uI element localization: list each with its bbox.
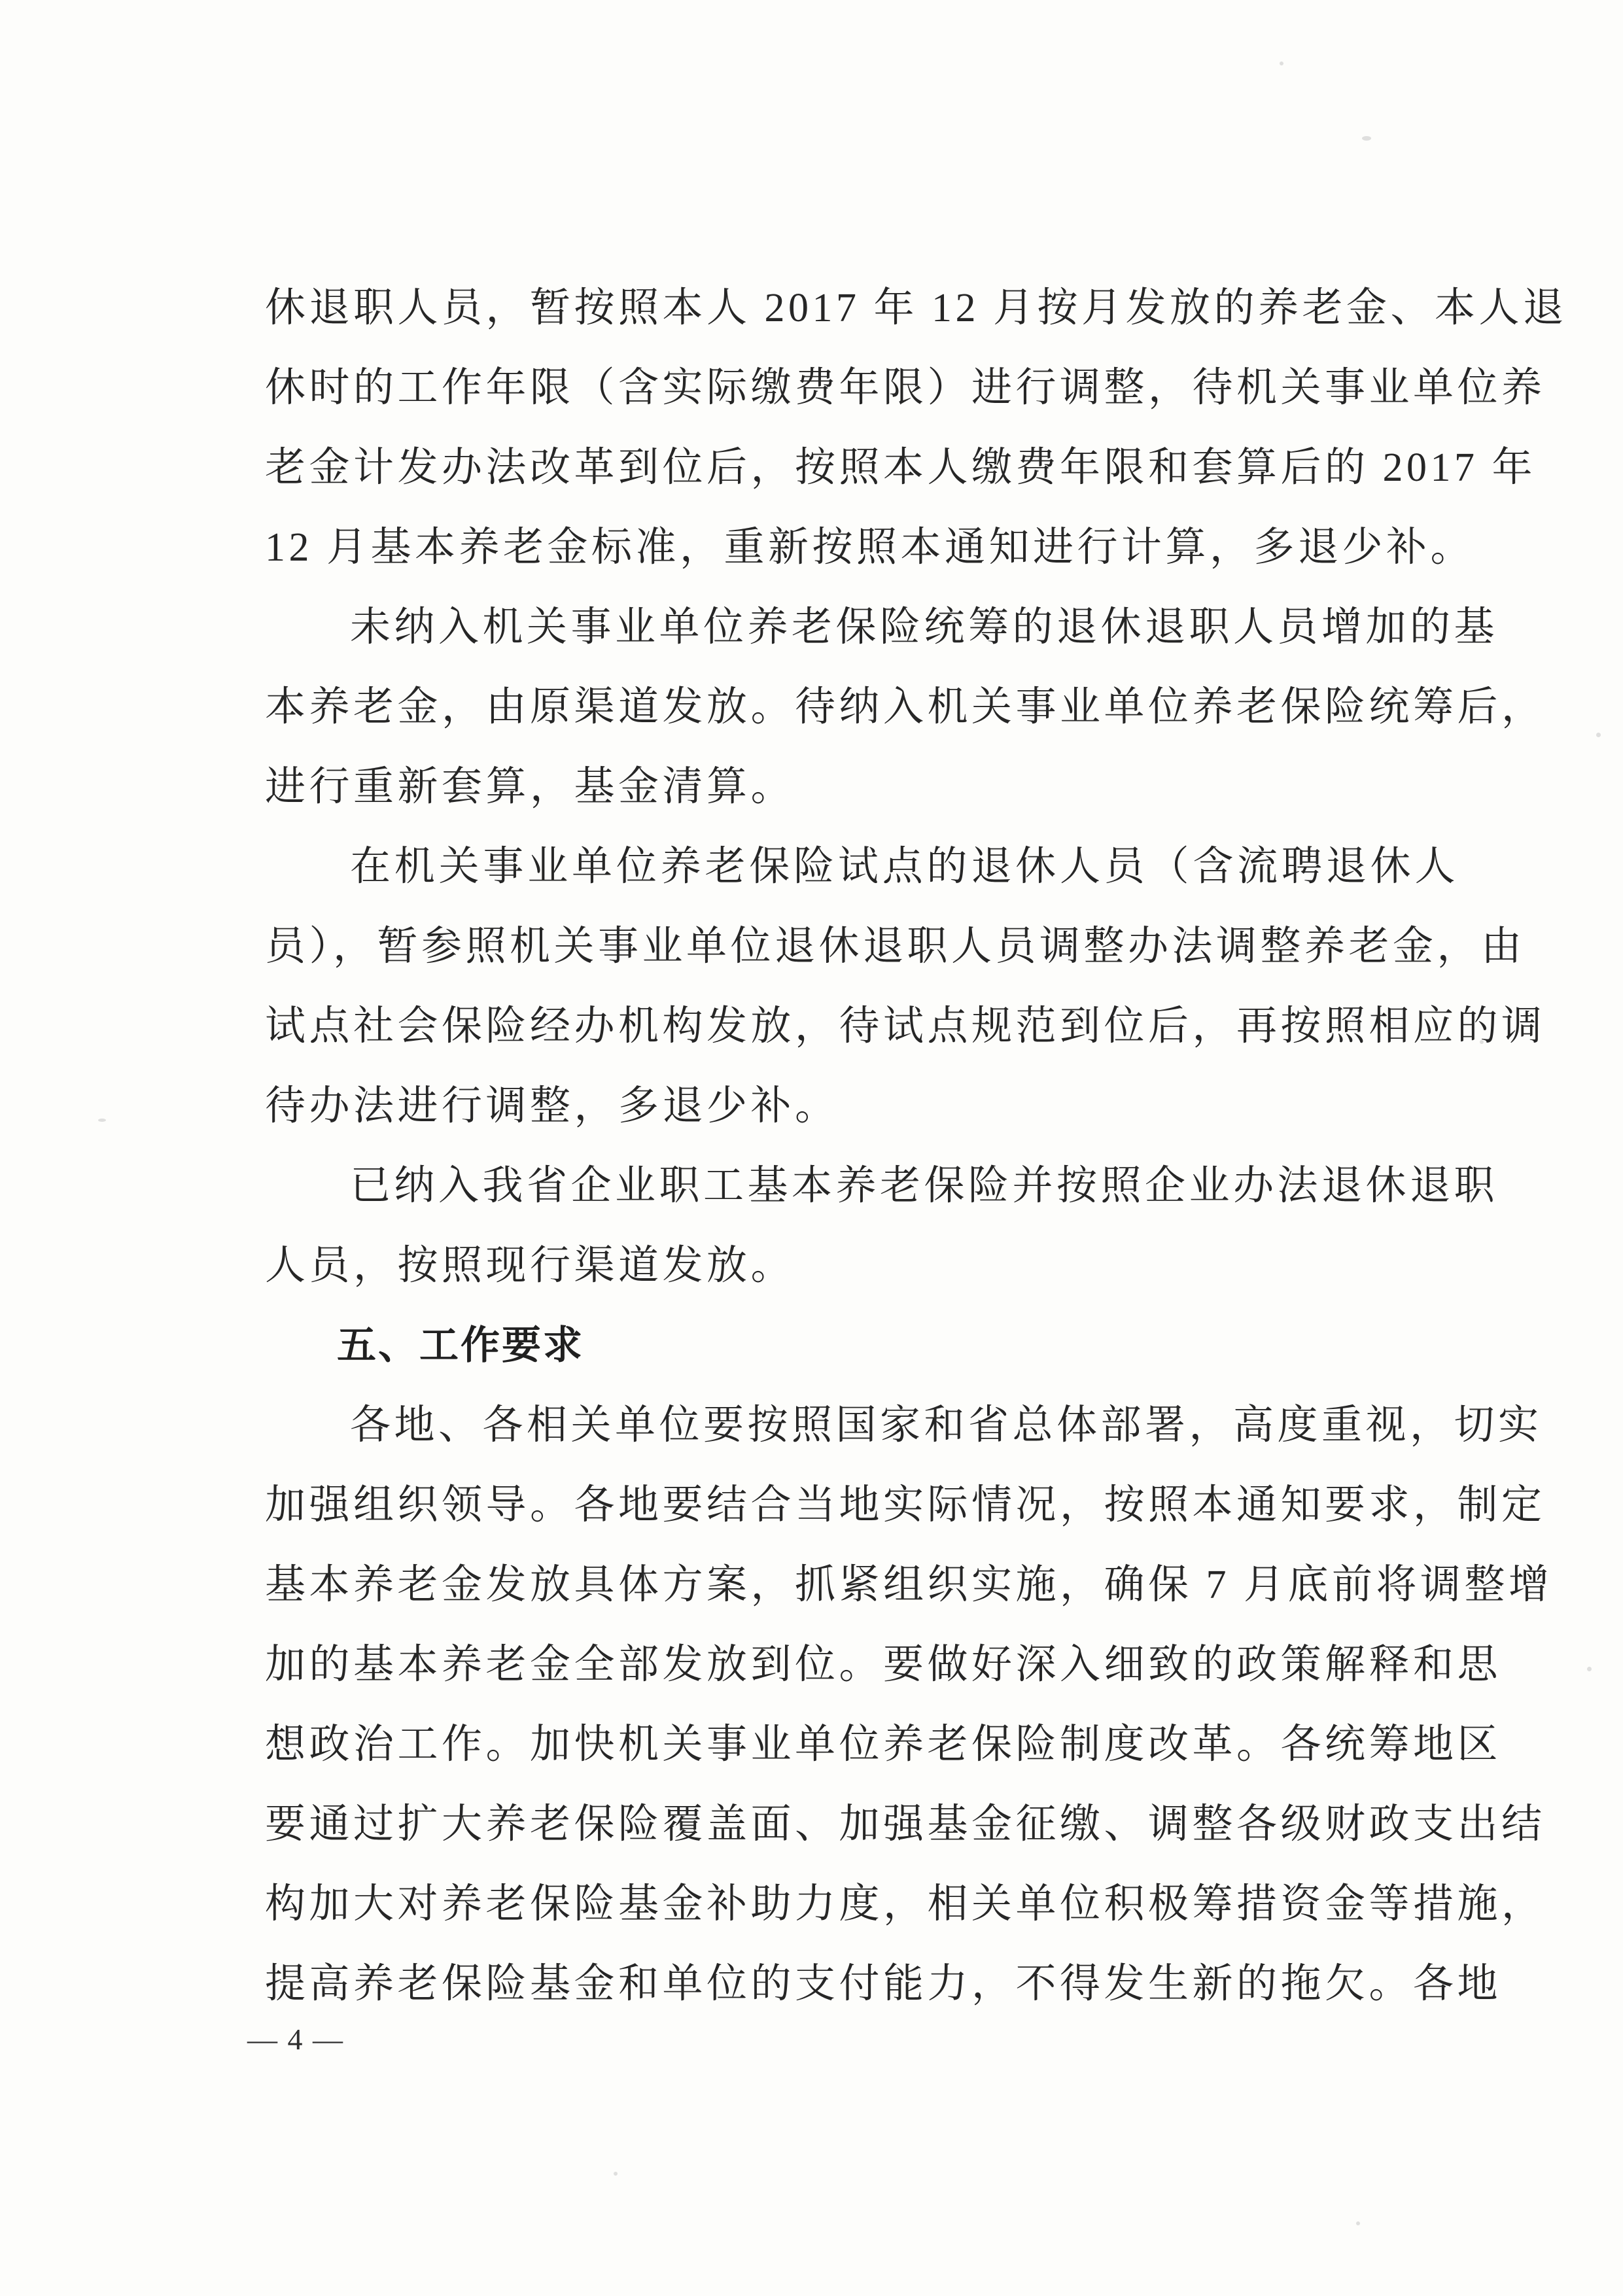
text-line: 人员，按照现行渠道发放。: [265, 1226, 1459, 1306]
text-line: 待办法进行调整，多退少补。: [265, 1066, 1459, 1146]
text-line: 试点社会保险经办机构发放，待试点规范到位后，再按照相应的调: [265, 986, 1459, 1066]
text-line: 12 月基本养老金标准，重新按照本通知进行计算，多退少补。: [265, 508, 1459, 587]
text-line: 员），暂参照机关事业单位退休退职人员调整办法调整养老金，由: [265, 907, 1459, 986]
text-line: 未纳入机关事业单位养老保险统筹的退休退职人员增加的基: [265, 587, 1459, 667]
text-line: 进行重新套算，基金清算。: [265, 747, 1459, 827]
scan-artifact: [614, 2172, 618, 2176]
text-line: 加的基本养老金全部发放到位。要做好深入细致的政策解释和思: [265, 1625, 1459, 1705]
text-line: 本养老金，由原渠道发放。待纳入机关事业单位养老保险统筹后，: [265, 667, 1459, 747]
text-line: 加强组织领导。各地要结合当地实际情况，按照本通知要求，制定: [265, 1465, 1459, 1545]
text-line: 提高养老保险基金和单位的支付能力，不得发生新的拖欠。各地: [265, 1944, 1459, 2024]
text-line: 构加大对养老保险基金补助力度，相关单位积极筹措资金等措施，: [265, 1864, 1459, 1944]
text-line: 已纳入我省企业职工基本养老保险并按照企业办法退休退职: [265, 1146, 1459, 1226]
scan-artifact: [1280, 61, 1283, 65]
page-number: — 4 —: [247, 2025, 344, 2055]
text-line: 要通过扩大养老保险覆盖面、加强基金征缴、调整各级财政支出结: [265, 1784, 1459, 1864]
text-line: 各地、各相关单位要按照国家和省总体部署，高度重视，切实: [265, 1385, 1459, 1465]
scan-artifact: [98, 1119, 106, 1122]
text-line: 想政治工作。加快机关事业单位养老保险制度改革。各统筹地区: [265, 1705, 1459, 1784]
scan-artifact: [1587, 1667, 1592, 1671]
text-line: 休退职人员，暂按照本人 2017 年 12 月按月发放的养老金、本人退: [265, 268, 1459, 348]
text-line: 基本养老金发放具体方案，抓紧组织实施，确保 7 月底前将调整增: [265, 1545, 1459, 1625]
document-body: 休退职人员，暂按照本人 2017 年 12 月按月发放的养老金、本人退休时的工作…: [265, 268, 1459, 2024]
section-heading: 五、工作要求: [265, 1306, 1459, 1385]
text-line: 老金计发办法改革到位后，按照本人缴费年限和套算后的 2017 年: [265, 428, 1459, 508]
scan-artifact: [1596, 733, 1601, 737]
document-page: 休退职人员，暂按照本人 2017 年 12 月按月发放的养老金、本人退休时的工作…: [0, 0, 1623, 2296]
scan-artifact: [1356, 2221, 1360, 2225]
scan-artifact: [1480, 1040, 1484, 1044]
text-line: 在机关事业单位养老保险试点的退休人员（含流聘退休人: [265, 827, 1459, 907]
scan-artifact: [1362, 136, 1371, 141]
text-line: 休时的工作年限（含实际缴费年限）进行调整，待机关事业单位养: [265, 348, 1459, 428]
